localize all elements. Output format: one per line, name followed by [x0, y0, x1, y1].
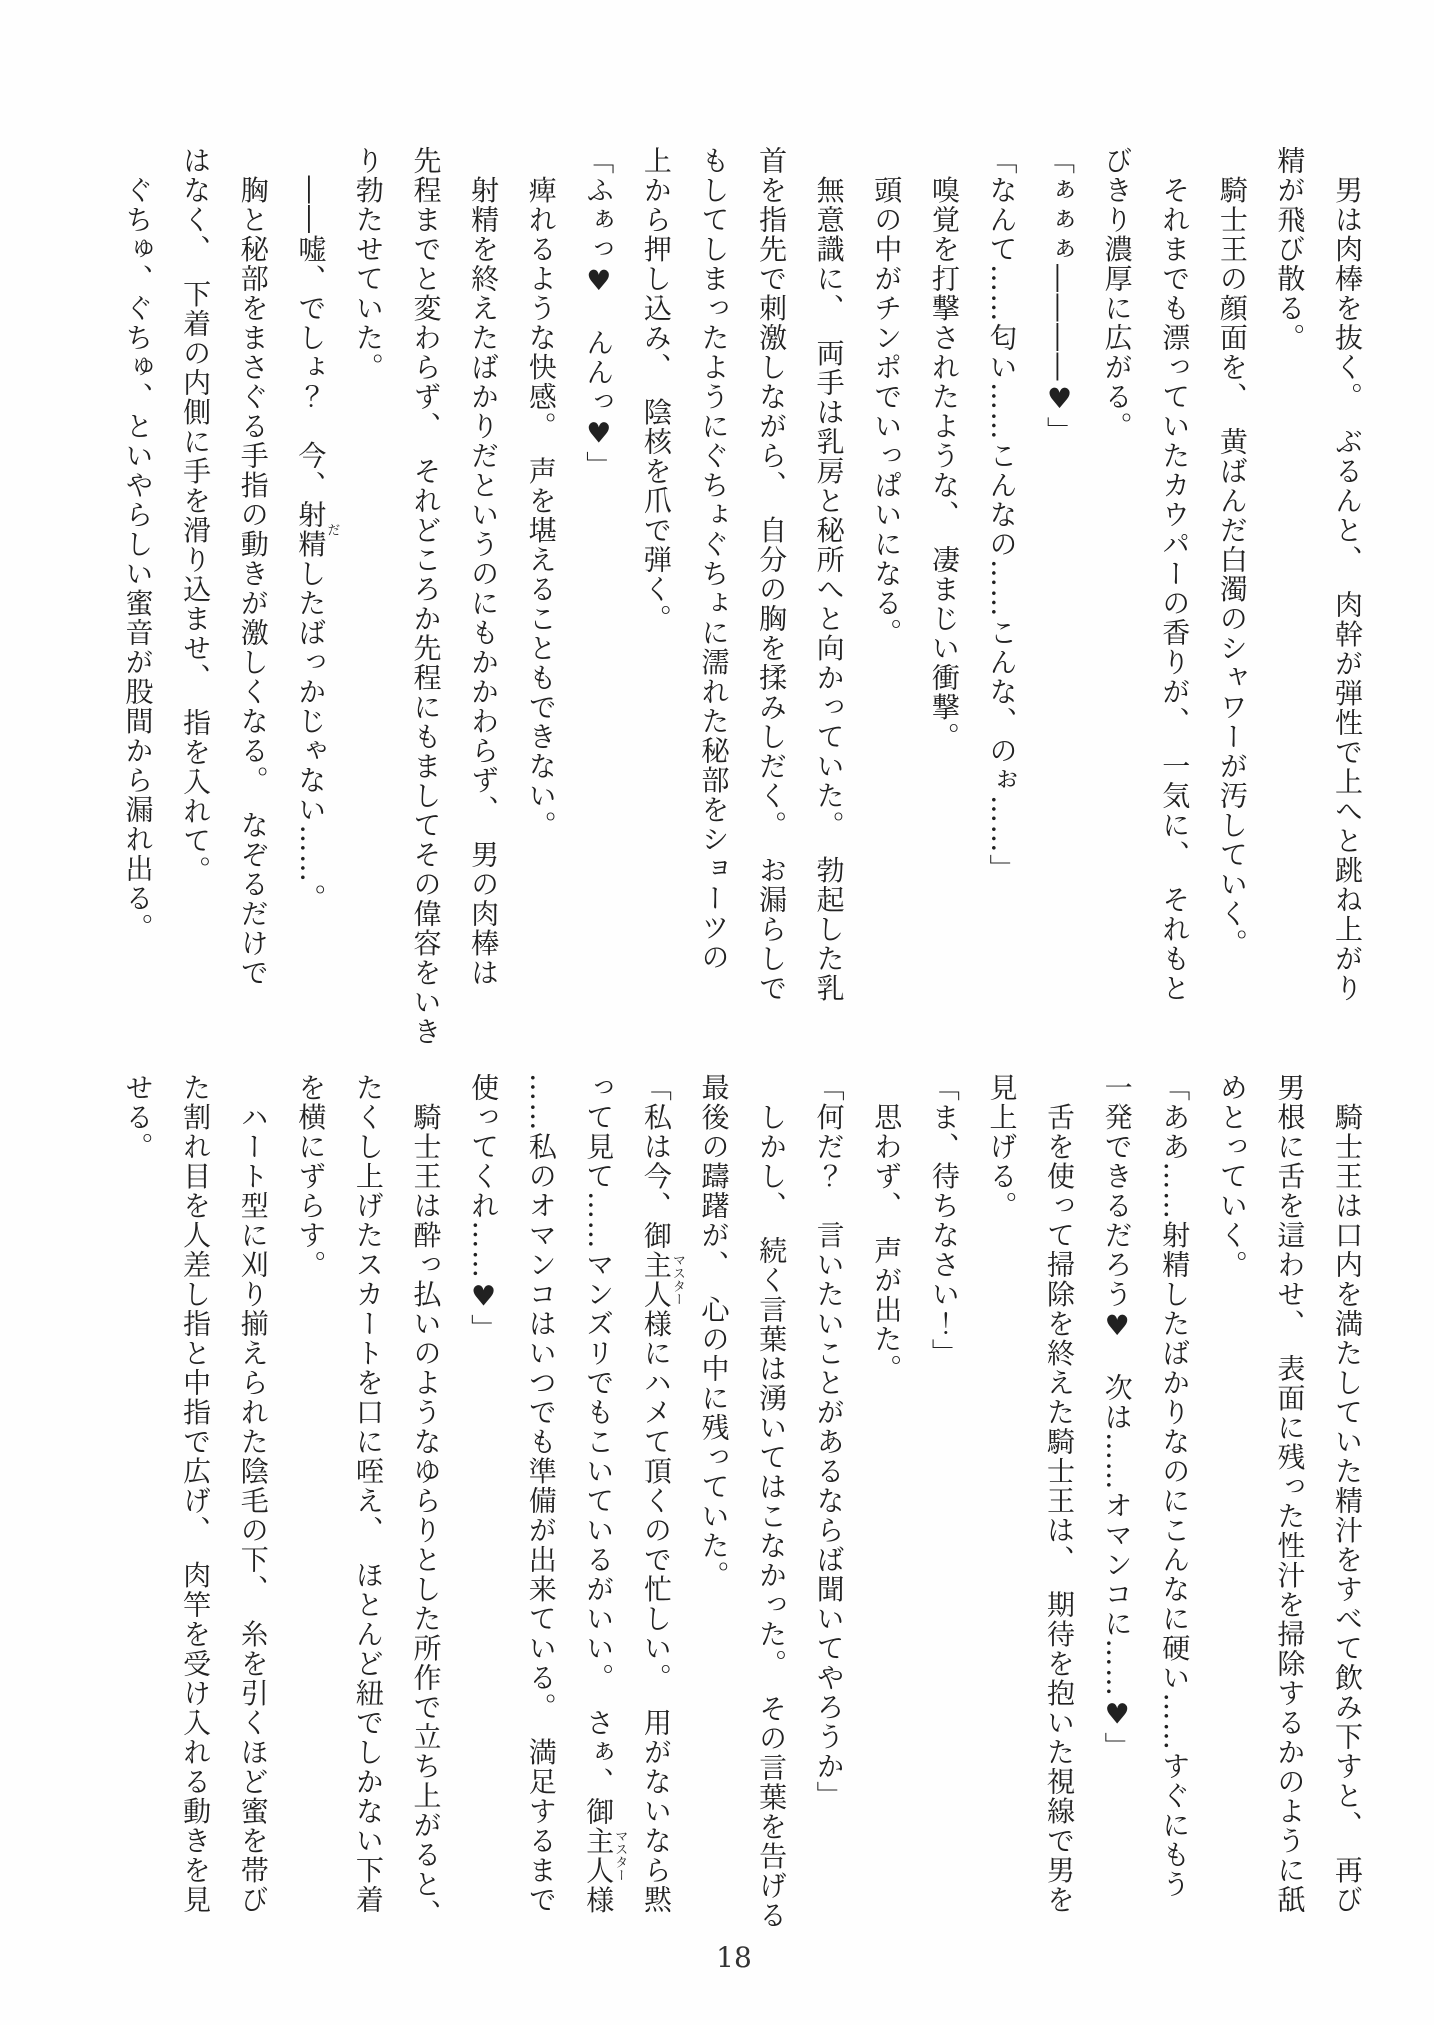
text-column: 胸と秘部をまさぐる手指の動きが激しくなる。 なぞるだけで [224, 146, 282, 1047]
text-column: 上から押し込み、 陰核を爪で弾く。 [627, 146, 685, 1047]
text-column: はなく、 下着の内側に手を滑り込ませ、 指を入れて。 [167, 146, 225, 1047]
text-column: 精が飛び散る。 [1261, 146, 1319, 1047]
text-column: たくし上げたスカートを口に咥え、 ほとんど紐でしかない下着 [339, 1073, 397, 1930]
text-column: 使ってくれ……♥」 [455, 1073, 513, 1930]
text-column: せる。 [109, 1073, 167, 1930]
text-column: 思わず、 声が出た。 [858, 1073, 916, 1930]
text-column: 「ぁぁぁ――――♥」 [1030, 146, 1088, 1047]
page-number: 18 [702, 1941, 766, 1975]
text-column: 「なんて……匂い……こんなの……こんな、のぉ……」 [973, 146, 1031, 1047]
text-column: ……私のオマンコはいつでも準備が出来ている。 満足するまで [512, 1073, 570, 1930]
text-column: ハート型に刈り揃えられた陰毛の下、 糸を引くほど蜜を帯び [224, 1073, 282, 1930]
text-block-bottom: 騎士王は口内を満たしていた精汁をすべて飲み下すと、 再び男根に舌を這わせ、 表面… [109, 1073, 1376, 1930]
text-column: それまでも漂っていたカウパーの香りが、 一気に、 それもと [1146, 146, 1204, 1047]
text-column: 射精を終えたばかりだというのにもかかわらず、 男の肉棒は [455, 146, 513, 1047]
heart-icon: ♥ [582, 264, 615, 299]
heart-icon: ♥ [1101, 1698, 1134, 1733]
text-column: もしてしまったようにぐちょぐちょに濡れた秘部をショーツの [685, 146, 743, 1047]
furigana: マスター [670, 1221, 685, 1339]
text-column: 首を指先で刺激しながら、 自分の胸を揉みしだく。 お漏らしで [742, 146, 800, 1047]
text-block-top: 男は肉棒を抜く。 ぶるんと、 肉幹が弾性で上へと跳ね上がり精が飛び散る。 騎士王… [109, 146, 1376, 1047]
novel-page: 男は肉棒を抜く。 ぶるんと、 肉幹が弾性で上へと跳ね上がり精が飛び散る。 騎士王… [0, 0, 1434, 2025]
text-column: 無意識に、 両手は乳房と秘所へと向かっていた。 勃起した乳 [800, 146, 858, 1047]
text-column: 「何だ？ 言いたいことがあるならば聞いてやろうか」 [800, 1073, 858, 1930]
furigana: だ [324, 500, 339, 559]
text-column: 騎士王は酔っ払いのようなゆらりとした所作で立ち上がると、 [397, 1073, 455, 1930]
heart-icon: ♥ [1101, 1309, 1134, 1344]
text-column: 騎士王の顔面を、 黄ばんだ白濁のシャワーが汚していく。 [1203, 146, 1261, 1047]
furigana: マスター [612, 1797, 627, 1915]
text-column: 「ま、待ちなさい！」 [915, 1073, 973, 1930]
text-column: 「ああ……射精したばかりなのにこんなに硬い……すぐにもう [1146, 1073, 1204, 1930]
text-column: を横にずらす。 [282, 1073, 340, 1930]
text-column: 男は肉棒を抜く。 ぶるんと、 肉幹が弾性で上へと跳ね上がり [1318, 146, 1376, 1047]
text-column: 男根に舌を這わせ、 表面に残った性汁を掃除するかのように舐 [1261, 1073, 1319, 1930]
text-column: 「ふぁっ♥ んんっ♥」 [570, 146, 628, 1047]
text-column: 頭の中がチンポでいっぱいになる。 [858, 146, 916, 1047]
text-column: 舌を使って掃除を終えた騎士王は、 期待を抱いた視線で男を [1030, 1073, 1088, 1930]
text-column: しかし、 続く言葉は湧いてはこなかった。 その言葉を告げる [742, 1073, 800, 1930]
text-column: って見て……マンズリでもこいているがいい。 さぁ、御主人様マスター [570, 1073, 628, 1930]
ruby-annotated-word: 御主人様マスター [640, 1221, 673, 1339]
heart-icon: ♥ [1043, 382, 1076, 417]
text-column: ――嘘、でしょ？ 今、射精だしたばっかじゃない……。 [282, 146, 340, 1047]
text-column: 騎士王は口内を満たしていた精汁をすべて飲み下すと、 再び [1318, 1073, 1376, 1930]
text-column: 見上げる。 [973, 1073, 1031, 1930]
text-column: 痺れるような快感。 声を堪えることもできない。 [512, 146, 570, 1047]
text-column: り勃たせていた。 [339, 146, 397, 1047]
text-column: ぐちゅ、ぐちゅ、といやらしい蜜音が股間から漏れ出る。 [109, 146, 167, 1047]
text-column: 一発できるだろう♥ 次は……オマンコに……♥」 [1088, 1073, 1146, 1930]
text-column: た割れ目を人差し指と中指で広げ、 肉竿を受け入れる動きを見 [167, 1073, 225, 1930]
ruby-annotated-word: 射精だ [294, 500, 327, 559]
heart-icon: ♥ [467, 1280, 500, 1315]
text-column: びきり濃厚に広がる。 [1088, 146, 1146, 1047]
ruby-annotated-word: 御主人様マスター [582, 1797, 615, 1915]
text-column: 嗅覚を打撃されたような、 凄まじい衝撃。 [915, 146, 973, 1047]
heart-icon: ♥ [582, 417, 615, 452]
text-column: 最後の躊躇が、 心の中に残っていた。 [685, 1073, 743, 1930]
text-column: めとっていく。 [1203, 1073, 1261, 1930]
text-column: 先程までと変わらず、 それどころか先程にもましてその偉容をいき [397, 146, 455, 1047]
text-column: 「私は今、御主人様マスターにハメて頂くので忙しい。 用がないなら黙 [627, 1073, 685, 1930]
